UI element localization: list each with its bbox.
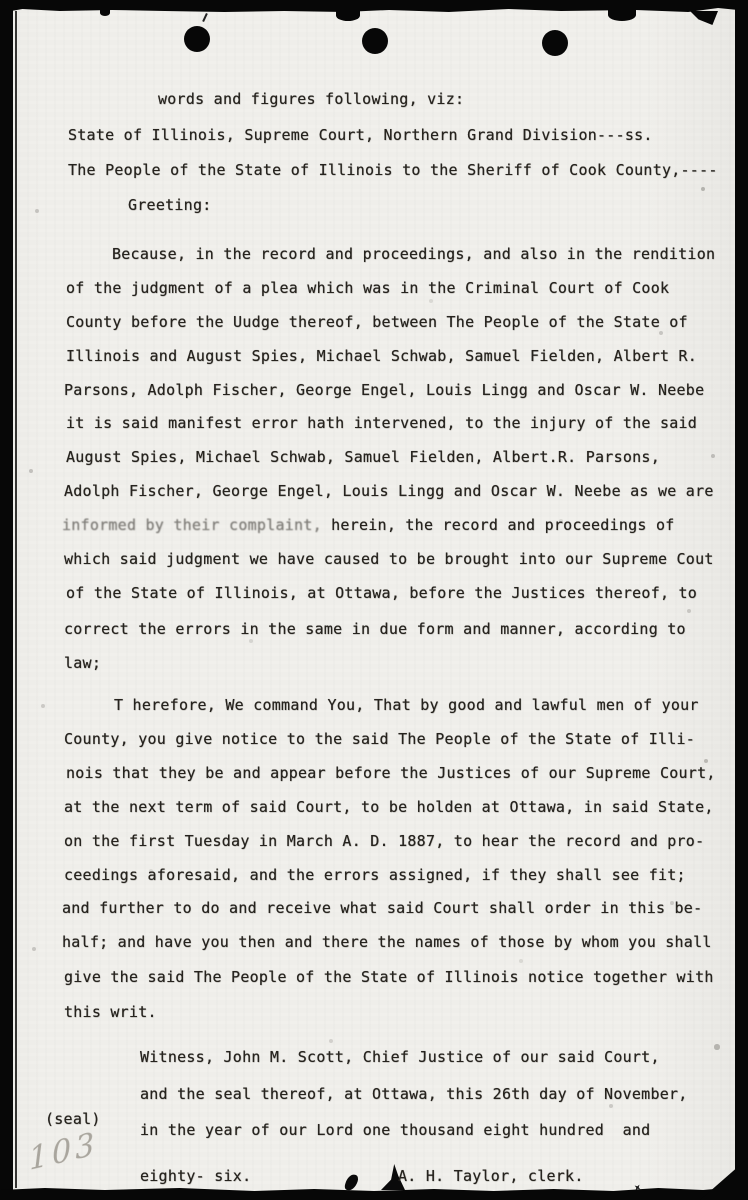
bottom-edge-bar: [0, 1186, 748, 1200]
top-bar-bump: [336, 10, 360, 21]
punch-hole-3: [542, 30, 568, 56]
page-edge-line: [15, 11, 17, 1188]
doc-line: which said judgment we have caused to be…: [64, 550, 714, 568]
doc-line: Adolph Fischer, George Engel, Louis Ling…: [64, 482, 714, 500]
doc-line: County before the Uudge thereof, between…: [66, 313, 688, 331]
top-right-ink-wedge: [690, 11, 718, 25]
doc-line: ceedings aforesaid, and the errors assig…: [64, 866, 686, 884]
doc-line-witness: in the year of our Lord one thousand eig…: [140, 1121, 650, 1139]
doc-line: half; and have you then and there the na…: [62, 933, 712, 951]
doc-line-court: State of Illinois, Supreme Court, Northe…: [68, 126, 653, 144]
doc-line: it is said manifest error hath intervene…: [66, 414, 697, 432]
stray-mark: [202, 13, 208, 22]
scanned-document-page: words and figures following, viz: State …: [0, 0, 748, 1200]
punch-hole-1: [184, 26, 210, 52]
top-bar-bump: [608, 9, 636, 21]
doc-line: T herefore, We command You, That by good…: [114, 696, 699, 714]
doc-line-preamble: words and figures following, viz:: [158, 90, 464, 108]
doc-line-witness: and the seal thereof, at Ottawa, this 26…: [140, 1085, 688, 1103]
doc-line-witness: eighty- six.: [140, 1167, 251, 1185]
doc-line-witness: Witness, John M. Scott, Chief Justice of…: [140, 1048, 660, 1066]
clerk-signature: A. H. Taylor, clerk.: [398, 1167, 584, 1185]
top-bar-bump: [100, 10, 110, 16]
doc-line: on the first Tuesday in March A. D. 1887…: [64, 832, 704, 850]
doc-line: August Spies, Michael Schwab, Samuel Fie…: [66, 448, 660, 466]
doc-line-text: herein, the record and proceedings of: [322, 516, 675, 534]
doc-line: at the next term of said Court, to be ho…: [64, 798, 714, 816]
doc-line: law;: [64, 654, 101, 672]
pencil-annotation: 103: [28, 1126, 99, 1179]
left-edge-bar: [0, 0, 13, 1200]
doc-line: correct the errors in the same in due fo…: [64, 620, 686, 638]
doc-line: nois that they be and appear before the …: [66, 764, 716, 782]
doc-line-address: The People of the State of Illinois to t…: [68, 161, 718, 179]
doc-line: County, you give notice to the said The …: [64, 730, 695, 748]
seal-note: (seal): [45, 1110, 101, 1128]
doc-line: informed by their complaint, herein, the…: [62, 516, 675, 534]
doc-line: Illinois and August Spies, Michael Schwa…: [66, 347, 697, 365]
doc-line: Parsons, Adolph Fischer, George Engel, L…: [64, 381, 704, 399]
doc-line: and further to do and receive what said …: [62, 899, 702, 917]
ink-blob-comma: [344, 1173, 360, 1193]
punch-hole-2: [362, 28, 388, 54]
doc-line: of the judgment of a plea which was in t…: [66, 279, 669, 297]
doc-line: Because, in the record and proceedings, …: [112, 245, 715, 263]
right-edge-bar: [735, 0, 748, 1200]
faded-text: informed by their complaint,: [62, 516, 322, 534]
doc-line: this writ.: [64, 1003, 157, 1021]
doc-line: give the said The People of the State of…: [64, 968, 714, 986]
doc-line-salutation: Greeting:: [128, 196, 212, 214]
doc-line: of the State of Illinois, at Ottawa, bef…: [66, 584, 697, 602]
